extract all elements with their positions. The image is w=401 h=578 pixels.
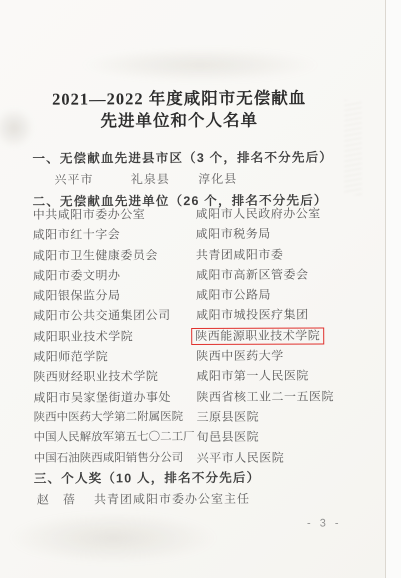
title-line-1: 2021—2022 年度咸阳市无偿献血 bbox=[0, 87, 359, 111]
unit-cell: 陕西中医药大学第二附属医院 bbox=[34, 407, 184, 428]
unit-cell: 陕西省核工业二一五医院 bbox=[196, 386, 334, 407]
unit-cell: 咸阳市城投医疗集团 bbox=[196, 305, 309, 326]
unit-cell: 咸阳市委文明办 bbox=[33, 265, 121, 286]
unit-row: 中共咸阳市委办公室 咸阳市人民政府办公室 bbox=[33, 203, 373, 225]
unit-cell: 咸阳职业技术学院 bbox=[33, 326, 133, 347]
person-title: 共青团咸阳市委办公室主任 bbox=[94, 492, 250, 507]
unit-list: 中共咸阳市委办公室 咸阳市人民政府办公室 咸阳市红十字会 咸阳市税务局 咸阳市卫… bbox=[33, 203, 374, 468]
unit-cell: 兴平市人民医院 bbox=[197, 447, 285, 468]
unit-cell-highlighted: 陕西能源职业技术学院 bbox=[196, 325, 324, 346]
unit-cell: 咸阳市公共交通集团公司 bbox=[33, 306, 171, 327]
unit-cell: 咸阳市公路局 bbox=[196, 285, 271, 306]
unit-row: 陕西财经职业技术学院 咸阳市第一人民医院 bbox=[33, 366, 373, 388]
unit-cell: 咸阳市红十字会 bbox=[33, 225, 121, 246]
unit-cell: 共青团咸阳市委 bbox=[196, 244, 284, 265]
unit-cell: 咸阳市人民政府办公室 bbox=[196, 203, 321, 224]
unit-cell: 陕西财经职业技术学院 bbox=[33, 367, 158, 388]
red-highlight-box: 陕西能源职业技术学院 bbox=[191, 327, 324, 345]
unit-row: 咸阳市红十字会 咸阳市税务局 bbox=[33, 224, 373, 246]
county-item: 礼泉县 bbox=[131, 172, 170, 186]
unit-cell: 咸阳市税务局 bbox=[196, 224, 271, 245]
unit-row: 咸阳市委文明办 咸阳市高新区管委会 bbox=[33, 264, 373, 286]
unit-cell: 咸阳市卫生健康委员会 bbox=[33, 245, 158, 266]
unit-cell: 中共咸阳市委办公室 bbox=[33, 204, 146, 225]
county-list: 兴平市 礼泉县 淳化县 bbox=[54, 170, 237, 188]
unit-cell: 咸阳银保监分局 bbox=[33, 286, 121, 307]
scanned-page: 2021—2022 年度咸阳市无偿献血 先进单位和个人名单 一、无偿献血先进县市… bbox=[0, 0, 401, 578]
title-line-2: 先进单位和个人名单 bbox=[0, 109, 359, 133]
unit-cell: 咸阳师范学院 bbox=[33, 346, 108, 367]
unit-row: 咸阳银保监分局 咸阳市公路局 bbox=[33, 284, 373, 306]
unit-row: 咸阳师范学院 陕西中医药大学 bbox=[33, 345, 373, 367]
person-row: 赵 蓓共青团咸阳市委办公室主任 bbox=[37, 490, 250, 508]
unit-row: 咸阳市卫生健康委员会 共青团咸阳市委 bbox=[33, 244, 373, 266]
document-content: 2021—2022 年度咸阳市无偿献血 先进单位和个人名单 一、无偿献血先进县市… bbox=[0, 0, 401, 578]
section1-heading: 一、无偿献血先进县市区（3 个，排名不分先后） bbox=[32, 147, 333, 166]
unit-cell: 咸阳市吴家堡街道办事处 bbox=[33, 387, 171, 408]
county-item: 淳化县 bbox=[198, 172, 237, 186]
unit-row: 陕西中医药大学第二附属医院 三原县医院 bbox=[34, 406, 374, 428]
unit-cell: 咸阳市高新区管委会 bbox=[196, 264, 309, 285]
unit-row: 咸阳市吴家堡街道办事处 陕西省核工业二一五医院 bbox=[33, 386, 373, 408]
unit-row: 咸阳市公共交通集团公司 咸阳市城投医疗集团 bbox=[33, 305, 373, 327]
unit-row: 中国人民解放军第五七〇二工厂 旬邑县医院 bbox=[34, 427, 374, 449]
unit-cell: 中国石油陕西咸阳销售分公司 bbox=[34, 448, 184, 469]
county-item: 兴平市 bbox=[54, 172, 93, 186]
unit-cell: 中国人民解放军第五七〇二工厂 bbox=[34, 427, 195, 448]
unit-cell: 旬邑县医院 bbox=[197, 427, 260, 448]
page-number: - 3 - bbox=[307, 517, 342, 529]
document-title: 2021—2022 年度咸阳市无偿献血 先进单位和个人名单 bbox=[0, 87, 359, 133]
unit-row: 咸阳职业技术学院 陕西能源职业技术学院 bbox=[33, 325, 373, 347]
unit-cell: 咸阳市第一人民医院 bbox=[196, 366, 309, 387]
person-name: 赵 蓓 bbox=[37, 493, 76, 507]
unit-cell: 三原县医院 bbox=[197, 407, 260, 428]
section3-heading: 三、个人奖（10 人，排名不分先后） bbox=[34, 468, 261, 487]
unit-row: 中国石油陕西咸阳销售分公司 兴平市人民医院 bbox=[34, 447, 374, 469]
unit-cell: 陕西中医药大学 bbox=[196, 346, 284, 367]
